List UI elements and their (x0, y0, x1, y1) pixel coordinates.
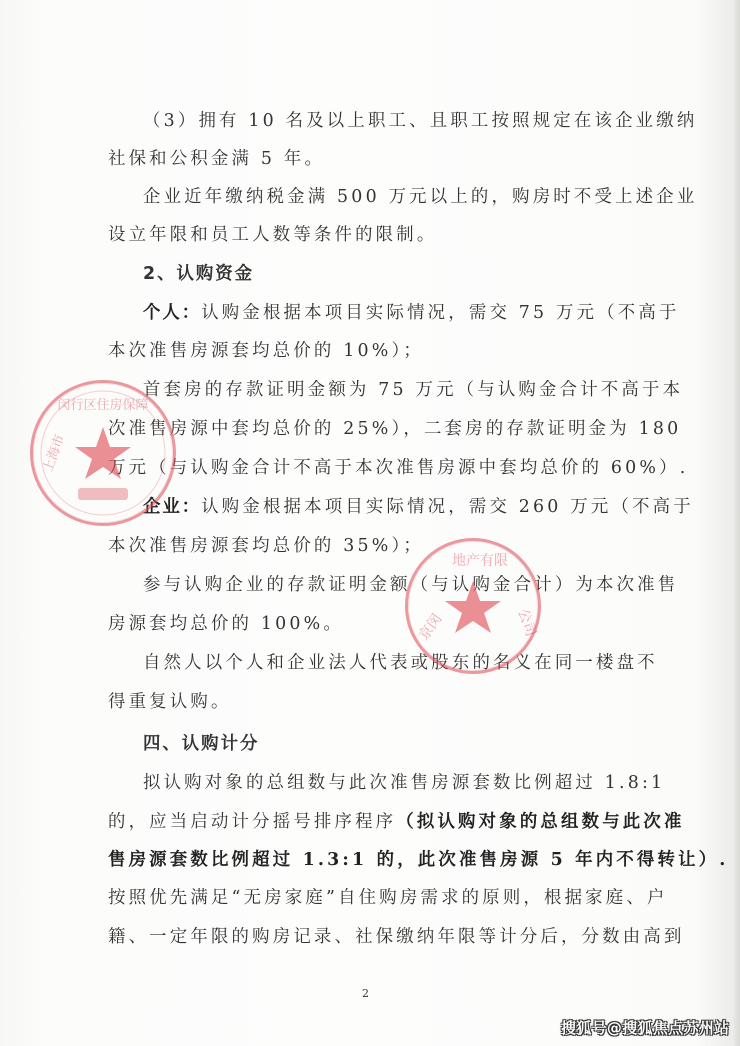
document-page: （3）拥有 10 名及以上职工、且职工按照规定在该企业缴纳 社保和公积金满 5 … (0, 0, 740, 1046)
paragraph-line-individual: 个人：认购金根据本项目实际情况，需交 75 万元（不高于 (143, 302, 680, 324)
svg-text:闵行区住房保障: 闵行区住房保障 (57, 397, 148, 413)
paragraph-line: 首套房的存款证明金额为 75 万元（与认购金合计不高于本 (143, 379, 683, 401)
paragraph-line: 按照优先满足“无房家庭”自住购房需求的原则，根据家庭、户 (108, 887, 668, 909)
svg-text:地产有限: 地产有限 (452, 552, 508, 569)
text-plain: 的，应当启动计分摇号排序程序 (108, 812, 396, 832)
paragraph-line: 本次准售房源套均总价的 10%）； (108, 340, 424, 362)
paragraph-line: 拟认购对象的总组数与此次准售房源套数比例超过 1.8:1 (143, 772, 665, 794)
paragraph-line-mixed: 的，应当启动计分摇号排序程序（拟认购对象的总组数与此次准 (108, 811, 685, 833)
paragraph-line: 企业近年缴纳税金满 500 万元以上的，购房时不受上述企业 (143, 186, 697, 208)
paragraph-line: 房源套均总价的 100%。 (108, 613, 344, 635)
svg-text:京闵: 京闵 (415, 611, 445, 644)
text-enterprise: 认购金根据本项目实际情况，需交 260 万元（不高于 (201, 497, 694, 517)
paragraph-line: 籍、一定年限的购房记录、社保缴纳年限等计分后，分数由高到 (108, 926, 685, 948)
paragraph-line: 本次准售房源套均总价的 35%）； (108, 535, 424, 557)
page-number: 2 (362, 987, 369, 1000)
paragraph-line: 次准售房源中套均总价的 25%），二套房的存款证明金为 180 (108, 418, 681, 440)
paragraph-line-enterprise: 企业：认购金根据本项目实际情况，需交 260 万元（不高于 (143, 496, 694, 518)
paragraph-line-bold: 售房源套数比例超过 1.3:1 的，此次准售房源 5 年内不得转让）. (108, 849, 729, 871)
label-enterprise: 企业： (143, 497, 201, 517)
paragraph-line: 参与认购企业的存款证明金额（与认购金合计）为本次准售 (143, 574, 678, 596)
svg-text:公司: 公司 (514, 607, 538, 639)
paragraph-line: 设立年限和员工人数等条件的限制。 (108, 224, 437, 246)
paragraph-line: 自然人以个人和企业法人代表或股东的名义在同一楼盘不 (143, 652, 658, 674)
paragraph-line: 社保和公积金满 5 年。 (108, 148, 325, 170)
section-heading-scoring: 四、认购计分 (143, 733, 259, 755)
section-heading-subscription-funds: 2、认购资金 (143, 263, 254, 285)
text-bold: （拟认购对象的总组数与此次准 (396, 812, 684, 832)
paragraph-line: （3）拥有 10 名及以上职工、且职工按照规定在该企业缴纳 (143, 110, 697, 132)
svg-text:上海市: 上海市 (41, 433, 68, 475)
source-watermark: 搜狐号@搜狐焦点苏州站 (561, 1017, 729, 1038)
label-individual: 个人： (143, 303, 201, 323)
paragraph-line: 万元（与认购金合计不高于本次准售房源中套均总价的 60%）. (108, 457, 688, 479)
paragraph-line: 得重复认购。 (108, 691, 232, 713)
text-individual: 认购金根据本项目实际情况，需交 75 万元（不高于 (201, 303, 679, 323)
